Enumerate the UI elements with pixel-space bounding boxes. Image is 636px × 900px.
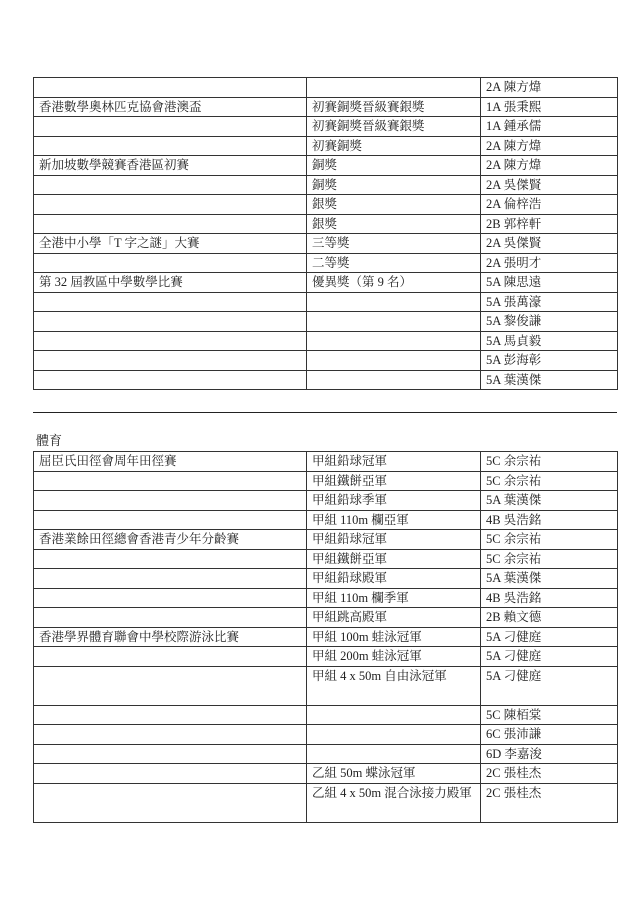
- student-cell: 5A 刁健庭: [481, 627, 618, 647]
- table-row: 甲組鐵餅亞軍5C 余宗祐: [34, 471, 618, 491]
- award-cell: 銅獎: [307, 175, 481, 195]
- student-cell: 5C 余宗祐: [481, 530, 618, 550]
- competition-cell: [34, 705, 307, 725]
- award-cell: [307, 370, 481, 390]
- competition-cell: [34, 471, 307, 491]
- student-cell: 2A 陳方煒: [481, 136, 618, 156]
- section-title-sports: 體育: [36, 430, 62, 449]
- student-cell: 5A 刁健庭: [481, 666, 618, 705]
- competition-cell: [34, 214, 307, 234]
- student-cell: 5A 張萬濠: [481, 292, 618, 312]
- award-cell: 甲組鐵餅亞軍: [307, 549, 481, 569]
- competition-cell: 香港業餘田徑總會香港青少年分齡賽: [34, 530, 307, 550]
- competition-cell: [34, 78, 307, 98]
- competition-cell: [34, 312, 307, 332]
- sports-awards-table: 屈臣氏田徑會周年田徑賽甲組鉛球冠軍5C 余宗祐甲組鐵餅亞軍5C 余宗祐甲組鉛球季…: [33, 451, 618, 823]
- award-cell: 銀獎: [307, 214, 481, 234]
- competition-cell: [34, 549, 307, 569]
- award-cell: 初賽銅獎: [307, 136, 481, 156]
- table-row: 初賽銅獎晉級賽銀獎1A 鍾承儒: [34, 117, 618, 137]
- table-row: 二等獎2A 張明才: [34, 253, 618, 273]
- competition-cell: [34, 491, 307, 511]
- student-cell: 1A 張秉熙: [481, 97, 618, 117]
- award-cell: 初賽銅獎晉級賽銀獎: [307, 97, 481, 117]
- student-cell: 2A 吳傑賢: [481, 175, 618, 195]
- table-row: 香港學界體育聯會中學校際游泳比賽甲組 100m 蛙泳冠軍5A 刁健庭: [34, 627, 618, 647]
- table-row: 銀獎2A 倫梓浩: [34, 195, 618, 215]
- competition-cell: 香港學界體育聯會中學校際游泳比賽: [34, 627, 307, 647]
- award-cell: 甲組 110m 欄季軍: [307, 588, 481, 608]
- student-cell: 1A 鍾承儒: [481, 117, 618, 137]
- student-cell: 5C 陳栢棠: [481, 705, 618, 725]
- student-cell: 5A 馬貞毅: [481, 331, 618, 351]
- award-cell: 三等獎: [307, 234, 481, 254]
- student-cell: 6D 李嘉浚: [481, 744, 618, 764]
- student-cell: 5C 余宗祐: [481, 549, 618, 569]
- competition-cell: [34, 588, 307, 608]
- competition-cell: 香港數學奧林匹克協會港澳盃: [34, 97, 307, 117]
- award-cell: 甲組 200m 蛙泳冠軍: [307, 647, 481, 667]
- award-cell: 初賽銅獎晉級賽銀獎: [307, 117, 481, 137]
- student-cell: 2A 陳方煒: [481, 156, 618, 176]
- student-cell: 5A 刁健庭: [481, 647, 618, 667]
- student-cell: 5A 彭海彰: [481, 351, 618, 371]
- student-cell: 5C 余宗祐: [481, 452, 618, 472]
- table-row: 甲組 110m 欄季軍4B 吳浩銘: [34, 588, 618, 608]
- award-cell: 甲組 100m 蛙泳冠軍: [307, 627, 481, 647]
- award-cell: 甲組 110m 欄亞軍: [307, 510, 481, 530]
- table-row: 甲組 110m 欄亞軍4B 吳浩銘: [34, 510, 618, 530]
- table-row: 5A 張萬濠: [34, 292, 618, 312]
- competition-cell: [34, 292, 307, 312]
- student-cell: 2C 張桂杰: [481, 764, 618, 784]
- competition-cell: [34, 783, 307, 822]
- table-row: 銀獎2B 郭梓軒: [34, 214, 618, 234]
- award-cell: 甲組鉛球冠軍: [307, 530, 481, 550]
- student-cell: 2A 張明才: [481, 253, 618, 273]
- student-cell: 2A 吳傑賢: [481, 234, 618, 254]
- table-row: 5A 彭海彰: [34, 351, 618, 371]
- student-cell: 4B 吳浩銘: [481, 510, 618, 530]
- student-cell: 5A 黎俊謙: [481, 312, 618, 332]
- table-row: 5A 葉漢傑: [34, 370, 618, 390]
- competition-cell: [34, 175, 307, 195]
- student-cell: 2A 倫梓浩: [481, 195, 618, 215]
- competition-cell: [34, 569, 307, 589]
- table-row: 乙組 4 x 50m 混合泳接力殿軍2C 張桂杰: [34, 783, 618, 822]
- student-cell: 2B 郭梓軒: [481, 214, 618, 234]
- table-row: 6C 張沛謙: [34, 725, 618, 745]
- table-row: 全港中小學「T 字之謎」大賽三等獎2A 吳傑賢: [34, 234, 618, 254]
- table-row: 甲組鉛球季軍5A 葉漢傑: [34, 491, 618, 511]
- competition-cell: [34, 764, 307, 784]
- section-divider: [33, 412, 617, 413]
- table-row: 5A 馬貞毅: [34, 331, 618, 351]
- award-cell: [307, 351, 481, 371]
- competition-cell: [34, 253, 307, 273]
- competition-cell: [34, 331, 307, 351]
- table-row: 初賽銅獎2A 陳方煒: [34, 136, 618, 156]
- student-cell: 4B 吳浩銘: [481, 588, 618, 608]
- student-cell: 2B 賴文德: [481, 608, 618, 628]
- table-row: 甲組鐵餅亞軍5C 余宗祐: [34, 549, 618, 569]
- competition-cell: 第 32 屆教區中學數學比賽: [34, 273, 307, 293]
- competition-cell: [34, 351, 307, 371]
- award-cell: 優異獎（第 9 名）: [307, 273, 481, 293]
- competition-cell: [34, 195, 307, 215]
- table-row: 香港數學奧林匹克協會港澳盃初賽銅獎晉級賽銀獎1A 張秉熙: [34, 97, 618, 117]
- award-cell: 乙組 4 x 50m 混合泳接力殿軍: [307, 783, 481, 822]
- table-row: 2A 陳方煒: [34, 78, 618, 98]
- competition-cell: [34, 647, 307, 667]
- competition-cell: [34, 725, 307, 745]
- competition-cell: [34, 136, 307, 156]
- award-cell: 二等獎: [307, 253, 481, 273]
- competition-cell: [34, 608, 307, 628]
- award-cell: 甲組 4 x 50m 自由泳冠軍: [307, 666, 481, 705]
- award-cell: 甲組鉛球殿軍: [307, 569, 481, 589]
- table-row: 香港業餘田徑總會香港青少年分齡賽甲組鉛球冠軍5C 余宗祐: [34, 530, 618, 550]
- award-cell: [307, 292, 481, 312]
- student-cell: 5A 陳思遠: [481, 273, 618, 293]
- student-cell: 2C 張桂杰: [481, 783, 618, 822]
- competition-cell: 屈臣氏田徑會周年田徑賽: [34, 452, 307, 472]
- table-row: 甲組跳高殿軍2B 賴文德: [34, 608, 618, 628]
- competition-cell: 新加坡數學競賽香港區初賽: [34, 156, 307, 176]
- competition-cell: [34, 370, 307, 390]
- competition-cell: 全港中小學「T 字之謎」大賽: [34, 234, 307, 254]
- table-row: 甲組 200m 蛙泳冠軍5A 刁健庭: [34, 647, 618, 667]
- award-cell: [307, 744, 481, 764]
- award-cell: [307, 312, 481, 332]
- table-row: 新加坡數學競賽香港區初賽銅獎2A 陳方煒: [34, 156, 618, 176]
- table-row: 5C 陳栢棠: [34, 705, 618, 725]
- award-cell: 銅獎: [307, 156, 481, 176]
- competition-cell: [34, 744, 307, 764]
- table-row: 屈臣氏田徑會周年田徑賽甲組鉛球冠軍5C 余宗祐: [34, 452, 618, 472]
- student-cell: 5C 余宗祐: [481, 471, 618, 491]
- award-cell: 甲組鉛球季軍: [307, 491, 481, 511]
- student-cell: 5A 葉漢傑: [481, 569, 618, 589]
- table-row: 乙組 50m 蝶泳冠軍2C 張桂杰: [34, 764, 618, 784]
- student-cell: 5A 葉漢傑: [481, 491, 618, 511]
- table-row: 甲組鉛球殿軍5A 葉漢傑: [34, 569, 618, 589]
- table-row: 第 32 屆教區中學數學比賽優異獎（第 9 名）5A 陳思遠: [34, 273, 618, 293]
- award-cell: [307, 725, 481, 745]
- competition-cell: [34, 666, 307, 705]
- award-cell: [307, 705, 481, 725]
- award-cell: [307, 78, 481, 98]
- student-cell: 2A 陳方煒: [481, 78, 618, 98]
- award-cell: 乙組 50m 蝶泳冠軍: [307, 764, 481, 784]
- award-cell: 甲組鉛球冠軍: [307, 452, 481, 472]
- table-row: 6D 李嘉浚: [34, 744, 618, 764]
- award-cell: 甲組鐵餅亞軍: [307, 471, 481, 491]
- math-awards-table: 2A 陳方煒香港數學奧林匹克協會港澳盃初賽銅獎晉級賽銀獎1A 張秉熙初賽銅獎晉級…: [33, 77, 618, 390]
- award-cell: 甲組跳高殿軍: [307, 608, 481, 628]
- table-row: 銅獎2A 吳傑賢: [34, 175, 618, 195]
- competition-cell: [34, 510, 307, 530]
- award-cell: 銀獎: [307, 195, 481, 215]
- student-cell: 6C 張沛謙: [481, 725, 618, 745]
- competition-cell: [34, 117, 307, 137]
- table-row: 甲組 4 x 50m 自由泳冠軍5A 刁健庭: [34, 666, 618, 705]
- award-cell: [307, 331, 481, 351]
- student-cell: 5A 葉漢傑: [481, 370, 618, 390]
- table-row: 5A 黎俊謙: [34, 312, 618, 332]
